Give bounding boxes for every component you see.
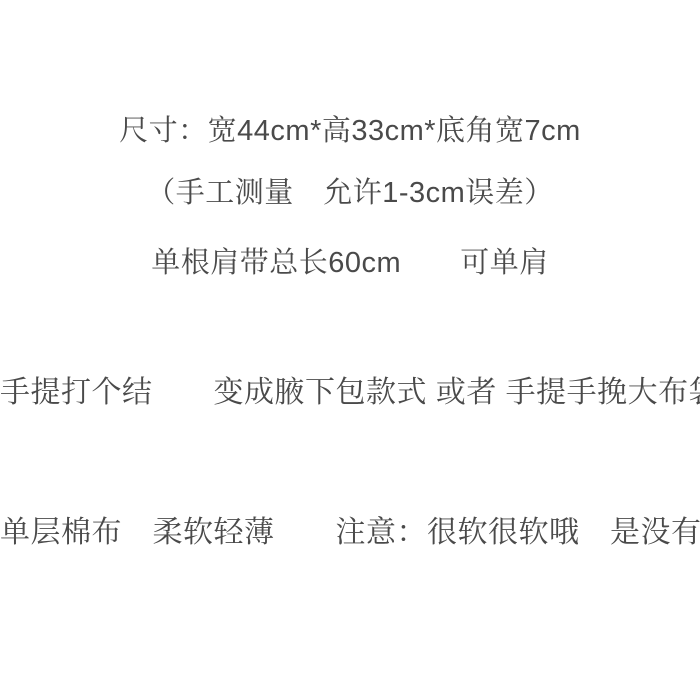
usage-style-line: 手提打个结 变成腋下包款式 或者 手提手挽大布袋 [0,377,700,409]
strap-length-line: 单根肩带总长60cm 可单肩 [0,248,700,279]
product-description-image: 尺寸：宽44cm*高33cm*底角宽7cm （手工测量 允许1-3cm误差） 单… [0,0,700,700]
material-note-line: 单层棉布 柔软轻薄 注意：很软很软哦 是没有型的那种布袋 [0,517,700,549]
measurement-tolerance-line: （手工测量 允许1-3cm误差） [0,178,700,209]
dimensions-line: 尺寸：宽44cm*高33cm*底角宽7cm [0,116,700,147]
